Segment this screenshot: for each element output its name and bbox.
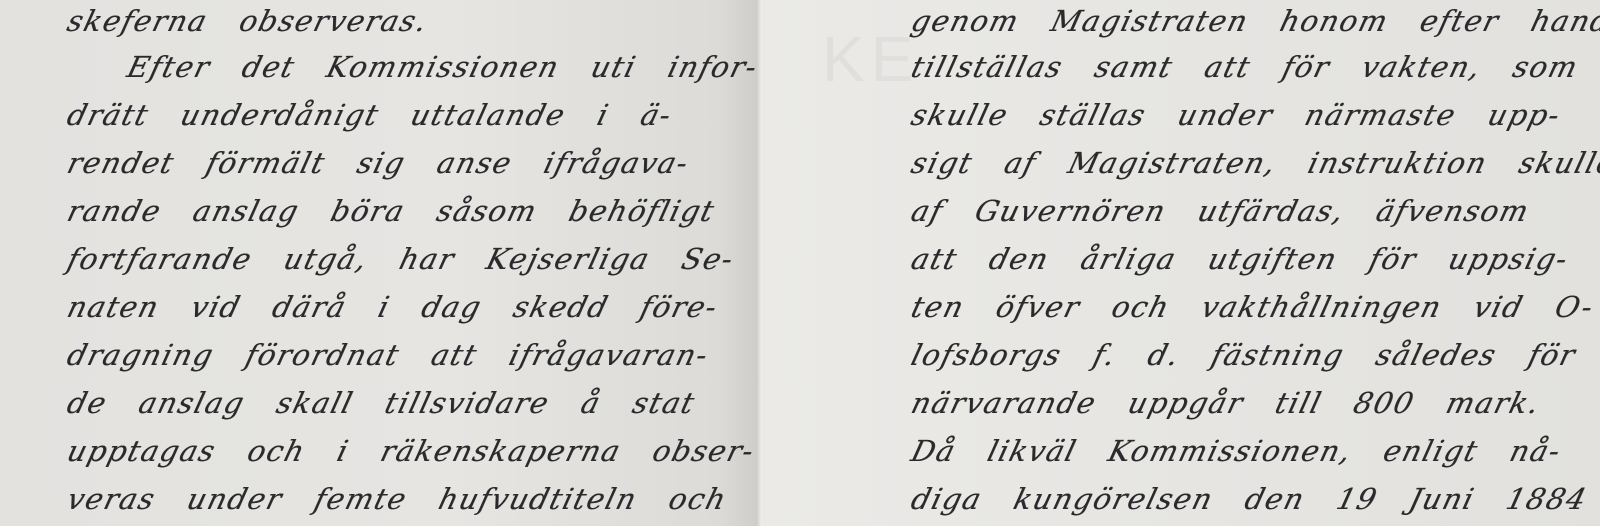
handwritten-line: Efter det Kommissionen uti infor- <box>124 50 756 84</box>
handwritten-line: närvarande uppgår till 800 mark. <box>908 386 1544 420</box>
handwritten-line: rande anslag böra såsom behöfligt <box>64 194 719 228</box>
handwritten-line: ten öfver och vakthållningen vid O- <box>908 290 1598 324</box>
manuscript-spread: skeferna observeras.Efter det Kommission… <box>0 0 1600 526</box>
bleed-through-watermark: KE <box>822 22 919 96</box>
handwritten-line: skulle ställas under närmaste upp- <box>908 98 1565 132</box>
handwritten-line: upptagas och i räkenskaperna obser- <box>64 434 756 468</box>
handwritten-line: lofsborgs f. d. fästning således för <box>908 338 1580 372</box>
handwritten-line: de anslag skall tillsvidare å stat <box>64 386 699 420</box>
handwritten-line: rendet förmält sig anse ifrågava- <box>64 146 693 180</box>
handwritten-line: veras under femte hufvudtiteln och <box>64 482 731 516</box>
handwritten-line: dragning förordnat att ifrågavaran- <box>64 338 713 372</box>
handwritten-line: naten vid därå i dag skedd före- <box>64 290 722 324</box>
handwritten-line: tillställas samt att för vakten, som <box>908 50 1582 84</box>
handwritten-line: diga kungörelsen den 19 Juni 1884 e <box>908 482 1600 516</box>
handwritten-line: drätt underdånigt uttalande i ä- <box>64 98 676 132</box>
handwritten-line: att den årliga utgiften för uppsig- <box>908 242 1572 276</box>
handwritten-line: sigt af Magistraten, instruktion skulle <box>908 146 1600 180</box>
handwritten-line: af Guvernören utfärdas, äfvensom <box>908 194 1534 228</box>
left-page: skeferna observeras.Efter det Kommission… <box>0 0 756 526</box>
handwritten-line: fortfarande utgå, har Kejserliga Se- <box>64 242 738 276</box>
right-page: KE genom Magistraten honom efter handtil… <box>762 0 1600 526</box>
handwritten-line: skeferna observeras. <box>64 4 432 38</box>
handwritten-line: genom Magistraten honom efter hand <box>908 4 1600 38</box>
handwritten-line: Då likväl Kommissionen, enligt nå- <box>908 434 1565 468</box>
